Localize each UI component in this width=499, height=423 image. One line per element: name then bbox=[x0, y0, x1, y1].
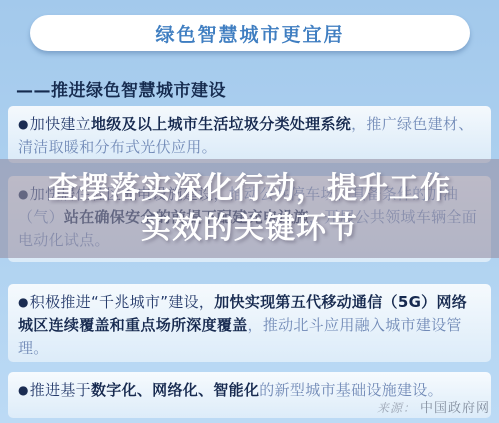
overlay-text-line2: 实效的关键环节 bbox=[141, 209, 358, 249]
bullet-dot: ● bbox=[18, 117, 29, 131]
watermark: 来源：中国政府网 bbox=[377, 397, 490, 416]
header-pill: 绿色智慧城市更宜居 bbox=[30, 15, 470, 51]
bullet-text-segment: 积极推进“千兆城市”建设， bbox=[30, 293, 214, 311]
bullet-text-segment: 加快建立 bbox=[30, 115, 91, 133]
bullet-dot: ● bbox=[18, 383, 29, 397]
watermark-source: 中国政府网 bbox=[420, 401, 490, 416]
bullet-item: ●积极推进“千兆城市”建设，加快实现第五代移动通信（5G）网络城区连续覆盖和重点… bbox=[8, 284, 491, 362]
watermark-prefix: 来源： bbox=[377, 401, 416, 415]
bullet-text-segment: 数字化、网络化、智能化 bbox=[91, 381, 259, 399]
overlay-text-line1: 查摆落实深化行动，提升工作 bbox=[48, 169, 451, 209]
bullet-item: ●加快建立地级及以上城市生活垃圾分类处理系统，推广绿色建材、清洁取暖和分布式光伏… bbox=[8, 106, 491, 163]
bullet-dot: ● bbox=[18, 295, 29, 309]
infographic-card: 绿色智慧城市更宜居 ——推进绿色智慧城市建设 ●加快建立地级及以上城市生活垃圾分… bbox=[0, 0, 499, 423]
section-title: ——推进绿色智慧城市建设 bbox=[16, 76, 226, 101]
bullet-text-segment: 地级及以上城市生活垃圾分类处理系统 bbox=[91, 115, 351, 133]
page-title: 绿色智慧城市更宜居 bbox=[155, 20, 344, 47]
overlay-banner: 查摆落实深化行动，提升工作 实效的关键环节 bbox=[0, 159, 499, 258]
bullet-text-segment: 推进基于 bbox=[30, 381, 91, 399]
